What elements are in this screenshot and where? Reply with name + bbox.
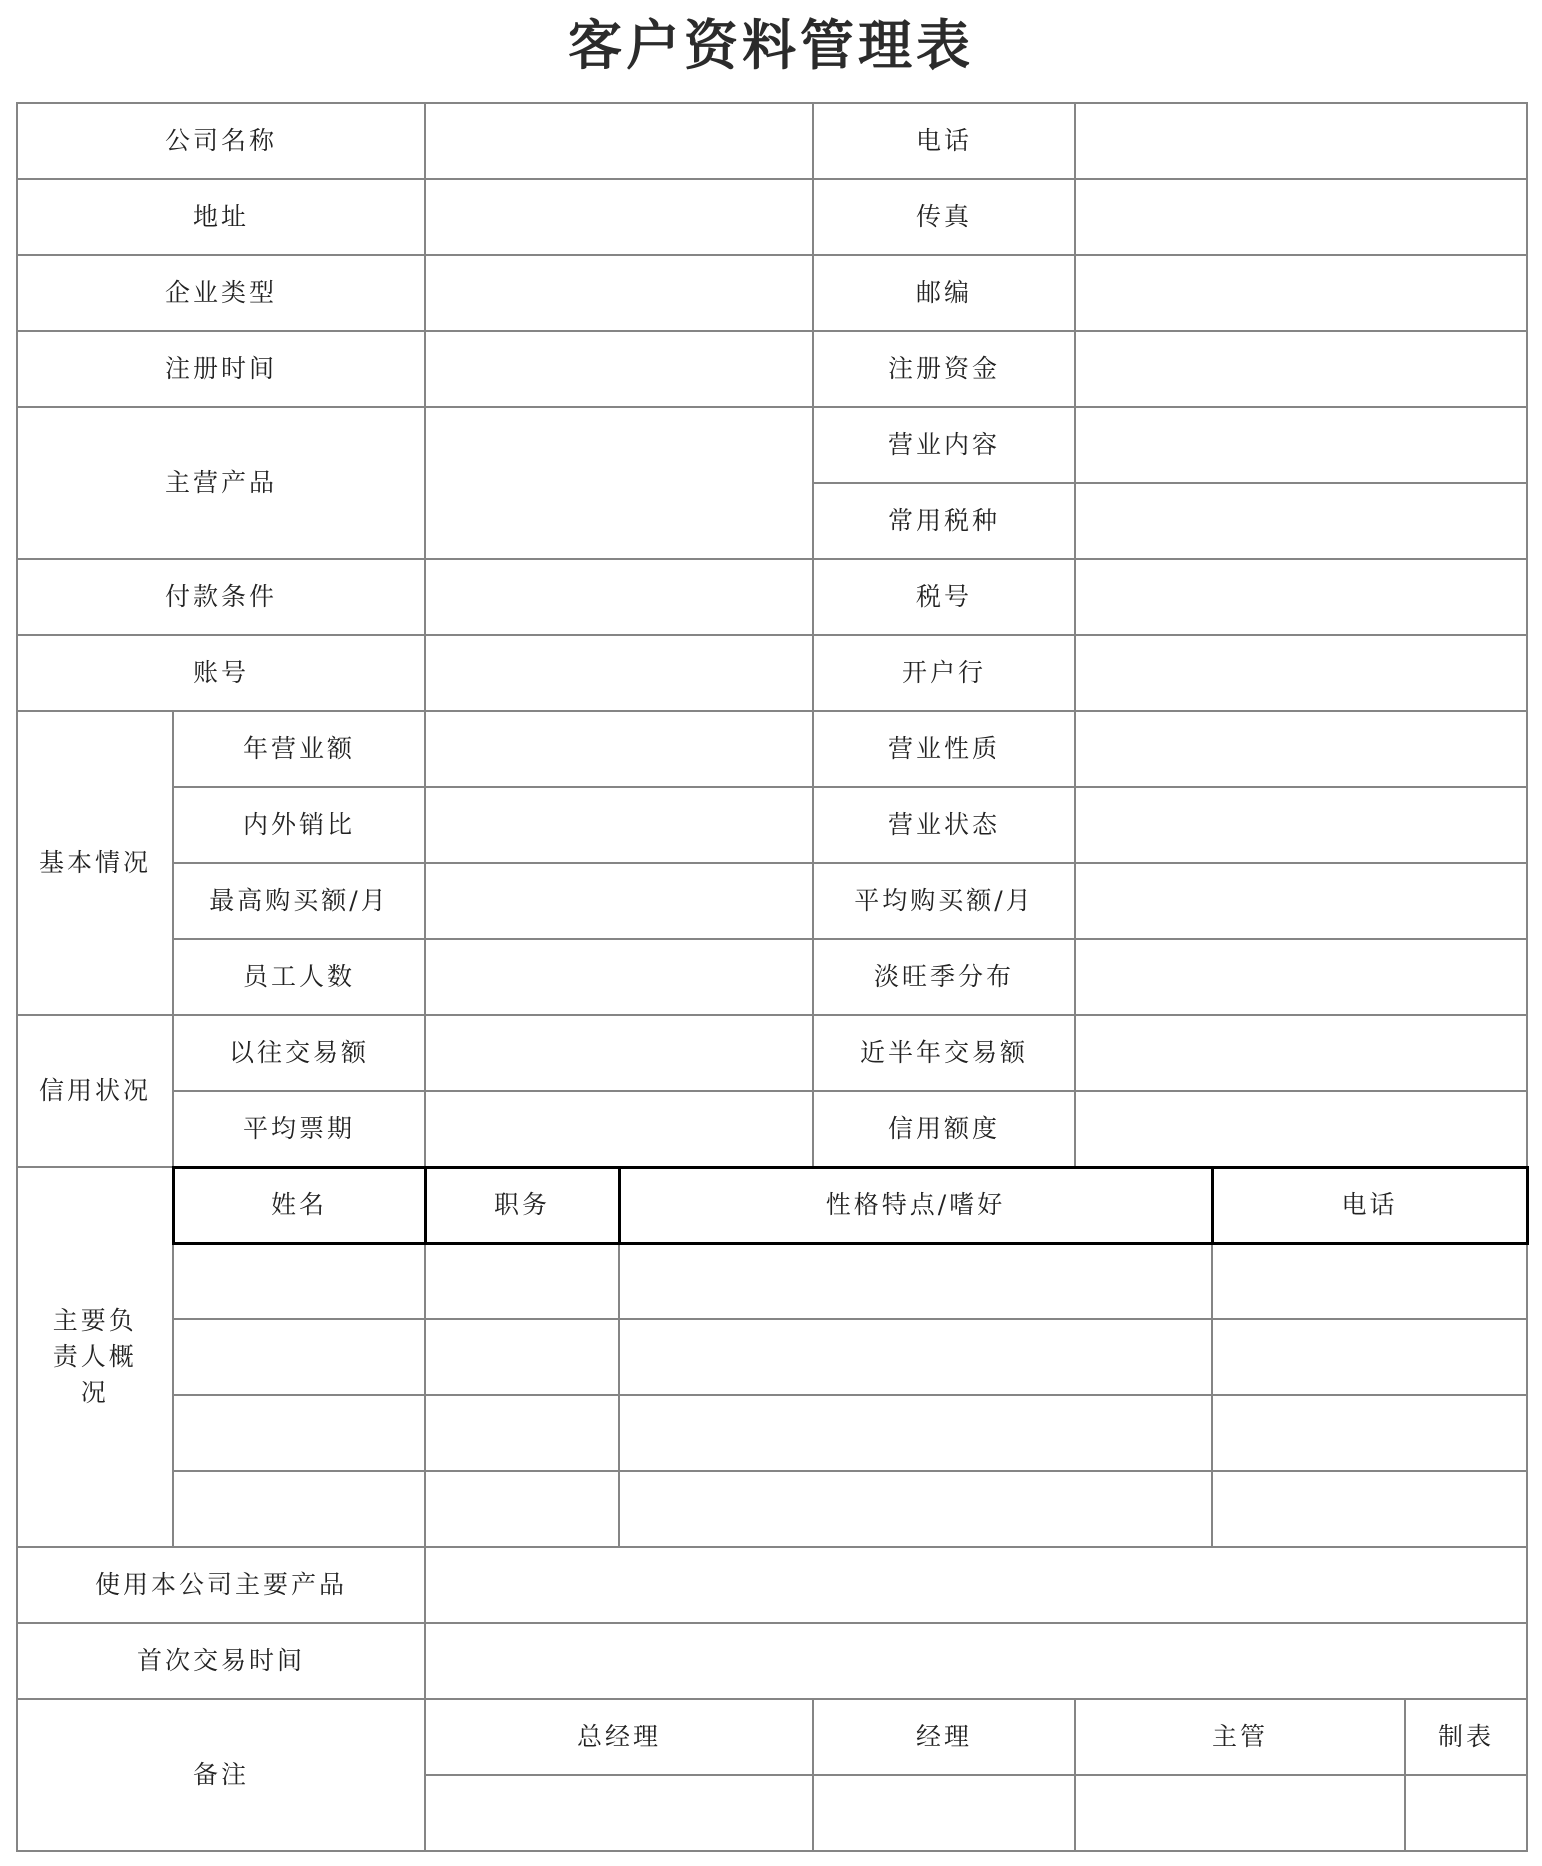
max-monthly-purchase-label: 最高购买额/月 bbox=[173, 863, 425, 939]
company-name-field[interactable] bbox=[425, 103, 813, 179]
contact-phone-field[interactable] bbox=[1212, 1471, 1527, 1547]
annual-revenue-field[interactable] bbox=[425, 711, 813, 787]
account-number-label: 账号 bbox=[17, 635, 425, 711]
prepared-by-label: 制表 bbox=[1405, 1699, 1527, 1775]
half-year-transaction-amount-field[interactable] bbox=[1075, 1015, 1527, 1091]
address-field[interactable] bbox=[425, 179, 813, 255]
contacts-col-name: 姓名 bbox=[173, 1167, 425, 1243]
contact-title-field[interactable] bbox=[425, 1243, 619, 1319]
contacts-col-personality: 性格特点/嗜好 bbox=[619, 1167, 1212, 1243]
bank-field[interactable] bbox=[1075, 635, 1527, 711]
row-address: 地址 传真 bbox=[17, 179, 1527, 255]
basic-info-group-label: 基本情况 bbox=[17, 711, 173, 1015]
main-products-field[interactable] bbox=[425, 407, 813, 559]
general-manager-signature-field[interactable] bbox=[425, 1775, 813, 1851]
contact-personality-field[interactable] bbox=[619, 1471, 1212, 1547]
credit-status-row: 信用状况 以往交易额 近半年交易额 bbox=[17, 1015, 1527, 1091]
max-monthly-purchase-field[interactable] bbox=[425, 863, 813, 939]
business-nature-field[interactable] bbox=[1075, 711, 1527, 787]
registration-time-label: 注册时间 bbox=[17, 331, 425, 407]
basic-info-row: 内外销比 营业状态 bbox=[17, 787, 1527, 863]
contact-name-field[interactable] bbox=[173, 1395, 425, 1471]
common-tax-types-field[interactable] bbox=[1075, 483, 1527, 559]
prepared-by-signature-field[interactable] bbox=[1405, 1775, 1527, 1851]
manager-label: 经理 bbox=[813, 1699, 1075, 1775]
business-nature-label: 营业性质 bbox=[813, 711, 1075, 787]
main-products-label: 主营产品 bbox=[17, 407, 425, 559]
registration-time-field[interactable] bbox=[425, 331, 813, 407]
basic-info-row: 最高购买额/月 平均购买额/月 bbox=[17, 863, 1527, 939]
row-company-name: 公司名称 电话 bbox=[17, 103, 1527, 179]
contact-row bbox=[17, 1395, 1527, 1471]
contact-personality-field[interactable] bbox=[619, 1319, 1212, 1395]
contact-phone-field[interactable] bbox=[1212, 1243, 1527, 1319]
registered-capital-label: 注册资金 bbox=[813, 331, 1075, 407]
fax-field[interactable] bbox=[1075, 179, 1527, 255]
address-label: 地址 bbox=[17, 179, 425, 255]
phone-label: 电话 bbox=[813, 103, 1075, 179]
contact-title-field[interactable] bbox=[425, 1471, 619, 1547]
phone-field[interactable] bbox=[1075, 103, 1527, 179]
credit-limit-label: 信用额度 bbox=[813, 1091, 1075, 1167]
postcode-field[interactable] bbox=[1075, 255, 1527, 331]
company-name-label: 公司名称 bbox=[17, 103, 425, 179]
avg-monthly-purchase-field[interactable] bbox=[1075, 863, 1527, 939]
annual-revenue-label: 年营业额 bbox=[173, 711, 425, 787]
products-used-field[interactable] bbox=[425, 1547, 1527, 1623]
credit-status-row: 平均票期 信用额度 bbox=[17, 1091, 1527, 1167]
supervisor-signature-field[interactable] bbox=[1075, 1775, 1405, 1851]
remarks-label: 备注 bbox=[17, 1699, 425, 1851]
common-tax-types-label: 常用税种 bbox=[813, 483, 1075, 559]
avg-bill-period-label: 平均票期 bbox=[173, 1091, 425, 1167]
row-account-number: 账号 开户行 bbox=[17, 635, 1527, 711]
contact-name-field[interactable] bbox=[173, 1243, 425, 1319]
employee-count-field[interactable] bbox=[425, 939, 813, 1015]
contacts-col-phone: 电话 bbox=[1212, 1167, 1527, 1243]
domestic-export-ratio-field[interactable] bbox=[425, 787, 813, 863]
contacts-col-title: 职务 bbox=[425, 1167, 619, 1243]
credit-status-group-label: 信用状况 bbox=[17, 1015, 173, 1167]
account-number-field[interactable] bbox=[425, 635, 813, 711]
contact-personality-field[interactable] bbox=[619, 1395, 1212, 1471]
contact-personality-field[interactable] bbox=[619, 1243, 1212, 1319]
customer-info-form: 公司名称 电话 地址 传真 企业类型 邮编 注册时间 注册资金 主营产品 营业内… bbox=[16, 102, 1529, 1852]
business-status-field[interactable] bbox=[1075, 787, 1527, 863]
first-transaction-time-field[interactable] bbox=[425, 1623, 1527, 1699]
contact-phone-field[interactable] bbox=[1212, 1395, 1527, 1471]
remarks-signoff-header-row: 备注 总经理 经理 主管 制表 bbox=[17, 1699, 1527, 1775]
business-status-label: 营业状态 bbox=[813, 787, 1075, 863]
enterprise-type-field[interactable] bbox=[425, 255, 813, 331]
page-title: 客户资料管理表 bbox=[0, 10, 1542, 80]
row-main-products: 主营产品 营业内容 bbox=[17, 407, 1527, 483]
contact-title-field[interactable] bbox=[425, 1319, 619, 1395]
contacts-group-label: 主要负责人概况 bbox=[17, 1167, 173, 1547]
past-transaction-amount-label: 以往交易额 bbox=[173, 1015, 425, 1091]
past-transaction-amount-field[interactable] bbox=[425, 1015, 813, 1091]
general-manager-label: 总经理 bbox=[425, 1699, 813, 1775]
seasonality-label: 淡旺季分布 bbox=[813, 939, 1075, 1015]
tax-number-field[interactable] bbox=[1075, 559, 1527, 635]
basic-info-row: 基本情况 年营业额 营业性质 bbox=[17, 711, 1527, 787]
postcode-label: 邮编 bbox=[813, 255, 1075, 331]
business-scope-field[interactable] bbox=[1075, 407, 1527, 483]
contact-name-field[interactable] bbox=[173, 1471, 425, 1547]
row-first-transaction-time: 首次交易时间 bbox=[17, 1623, 1527, 1699]
row-registration-time: 注册时间 注册资金 bbox=[17, 331, 1527, 407]
first-transaction-time-label: 首次交易时间 bbox=[17, 1623, 425, 1699]
domestic-export-ratio-label: 内外销比 bbox=[173, 787, 425, 863]
business-scope-label: 营业内容 bbox=[813, 407, 1075, 483]
avg-bill-period-field[interactable] bbox=[425, 1091, 813, 1167]
seasonality-field[interactable] bbox=[1075, 939, 1527, 1015]
products-used-label: 使用本公司主要产品 bbox=[17, 1547, 425, 1623]
employee-count-label: 员工人数 bbox=[173, 939, 425, 1015]
contact-name-field[interactable] bbox=[173, 1319, 425, 1395]
credit-limit-field[interactable] bbox=[1075, 1091, 1527, 1167]
payment-terms-field[interactable] bbox=[425, 559, 813, 635]
contact-title-field[interactable] bbox=[425, 1395, 619, 1471]
row-payment-terms: 付款条件 税号 bbox=[17, 559, 1527, 635]
contact-row bbox=[17, 1471, 1527, 1547]
half-year-transaction-amount-label: 近半年交易额 bbox=[813, 1015, 1075, 1091]
basic-info-row: 员工人数 淡旺季分布 bbox=[17, 939, 1527, 1015]
row-enterprise-type: 企业类型 邮编 bbox=[17, 255, 1527, 331]
manager-signature-field[interactable] bbox=[813, 1775, 1075, 1851]
registered-capital-field[interactable] bbox=[1075, 331, 1527, 407]
tax-number-label: 税号 bbox=[813, 559, 1075, 635]
bank-label: 开户行 bbox=[813, 635, 1075, 711]
payment-terms-label: 付款条件 bbox=[17, 559, 425, 635]
avg-monthly-purchase-label: 平均购买额/月 bbox=[813, 863, 1075, 939]
supervisor-label: 主管 bbox=[1075, 1699, 1405, 1775]
contact-row bbox=[17, 1319, 1527, 1395]
contacts-header-row: 主要负责人概况 姓名 职务 性格特点/嗜好 电话 bbox=[17, 1167, 1527, 1243]
contact-phone-field[interactable] bbox=[1212, 1319, 1527, 1395]
enterprise-type-label: 企业类型 bbox=[17, 255, 425, 331]
fax-label: 传真 bbox=[813, 179, 1075, 255]
contact-row bbox=[17, 1243, 1527, 1319]
row-products-used: 使用本公司主要产品 bbox=[17, 1547, 1527, 1623]
